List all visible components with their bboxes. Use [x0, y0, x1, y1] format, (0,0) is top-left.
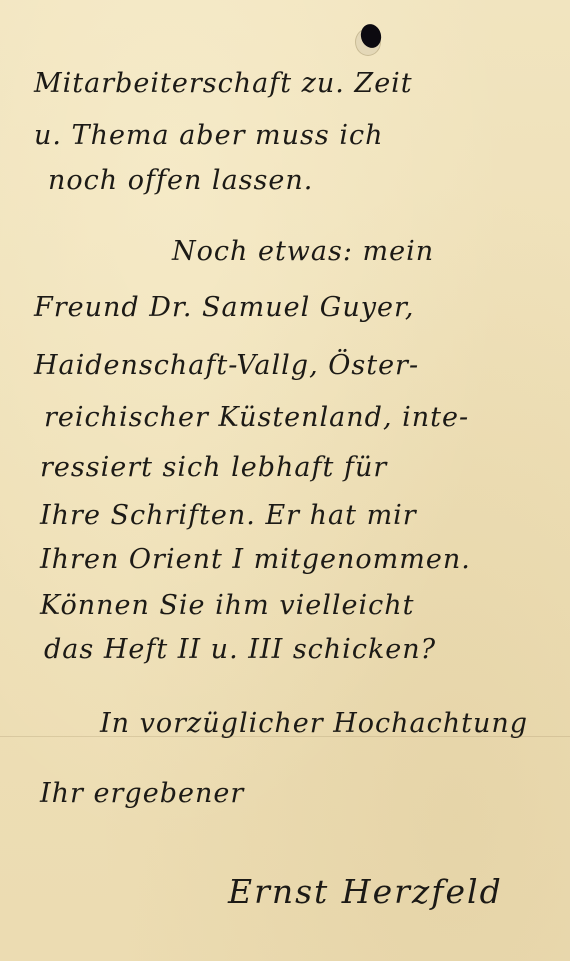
letter-line-4: Noch etwas: mein [172, 236, 434, 267]
letter-line-3: noch offen lassen. [48, 165, 313, 196]
letter-line-8: ressiert sich lebhaft für [40, 452, 387, 483]
letter-line-10: Ihren Orient I mitgenommen. [40, 544, 471, 575]
letter-line-1: Mitarbeiterschaft zu. Zeit [34, 68, 413, 99]
letter-line-12: das Heft II u. III schicken? [44, 634, 436, 665]
signature: Ernst Herzfeld [228, 872, 503, 911]
letter-line-9: Ihre Schriften. Er hat mir [40, 500, 417, 531]
letter-line-5: Freund Dr. Samuel Guyer, [34, 292, 415, 323]
letter-valediction: Ihr ergebener [40, 778, 244, 809]
paper-fold-line [0, 736, 570, 737]
letter-line-2: u. Thema aber muss ich [34, 120, 384, 151]
letter-closing: In vorzüglicher Hochachtung [100, 708, 528, 739]
letter-line-6: Haidenschaft-Vallg, Öster- [34, 350, 419, 381]
letter-line-7: reichischer Küstenland, inte- [44, 402, 469, 433]
letter-page: Mitarbeiterschaft zu. Zeit u. Thema aber… [0, 0, 570, 961]
letter-line-11: Können Sie ihm vielleicht [40, 590, 414, 621]
punch-hole [358, 24, 382, 52]
